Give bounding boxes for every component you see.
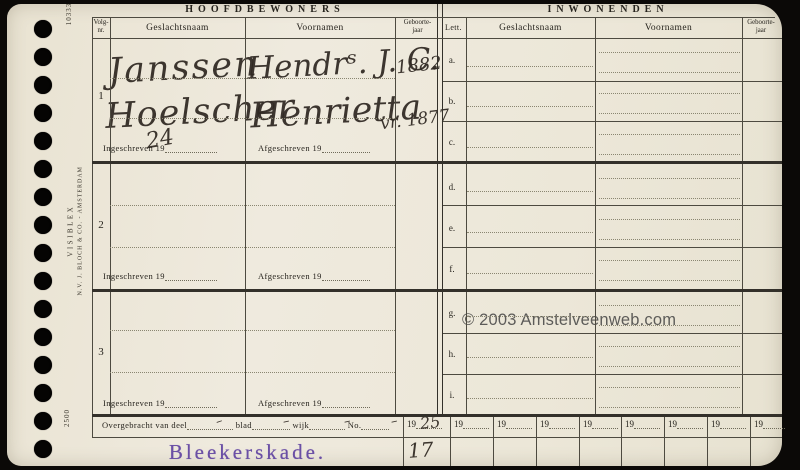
rule-line	[599, 239, 740, 240]
stub-brand-name: VISIBLEX	[65, 156, 76, 306]
rule-line	[599, 219, 740, 220]
letter-row-f: f.	[444, 264, 460, 274]
punch-hole	[34, 132, 52, 150]
punch-hole	[34, 440, 52, 458]
rule-line	[443, 121, 782, 122]
rule-line	[599, 52, 740, 53]
rule-line	[599, 93, 740, 94]
column-header-geslachtsnaam-right: Geslachtsnaam	[466, 23, 595, 33]
rule-line	[110, 17, 111, 415]
rule-line	[245, 17, 246, 415]
punch-hole	[34, 104, 52, 122]
year-cell: 19	[668, 419, 703, 429]
letter-row-c: c.	[444, 137, 460, 147]
year-cell: 19	[540, 419, 575, 429]
rule-line	[467, 232, 593, 233]
punch-hole	[34, 48, 52, 66]
rule-line	[443, 205, 782, 206]
column-header-geboortejaar-right: Geboorte- jaar	[740, 19, 782, 35]
punch-hole	[34, 356, 52, 374]
year-cell: 19	[625, 419, 660, 429]
punch-hole	[34, 300, 52, 318]
row-number-3: 3	[92, 346, 110, 358]
rule-line	[599, 260, 740, 261]
stub-bottom-number: 2500	[63, 398, 71, 438]
punch-hole	[34, 272, 52, 290]
column-header-voornamen-right: Voornamen	[595, 23, 742, 33]
rule-line	[595, 17, 596, 415]
rule-line	[579, 415, 580, 466]
year-cell: 19	[711, 419, 746, 429]
photo-background: 10333 VISIBLEX N.V. J. BLOCH & CO. - AMS…	[0, 0, 800, 470]
punch-hole	[34, 412, 52, 430]
rule-line	[443, 81, 782, 82]
ingeschreven-label-3: Ingeschreven 19	[103, 398, 217, 408]
rule-line	[599, 280, 740, 281]
rule-line	[403, 415, 404, 466]
punch-hole	[34, 384, 52, 402]
afgeschreven-label-1: Afgeschreven 19	[258, 143, 370, 153]
rule-line	[467, 147, 593, 148]
stub-top-number: 10333	[65, 0, 73, 34]
column-header-voornamen-left: Voornamen	[245, 23, 395, 33]
rule-line	[599, 178, 740, 179]
rule-line	[493, 415, 494, 466]
row-number-2: 2	[92, 219, 110, 231]
column-header-volgnr: Volg- nr.	[92, 19, 110, 35]
ingeschreven-label-1: Ingeschreven 19	[103, 143, 217, 153]
rule-line	[92, 161, 782, 164]
rule-line	[599, 72, 740, 73]
rule-line	[92, 38, 782, 39]
rule-line	[110, 78, 395, 79]
punch-hole	[34, 328, 52, 346]
year-cell: 19	[583, 419, 618, 429]
half-divider-line	[437, 4, 443, 415]
rule-line	[443, 374, 782, 375]
rule-line	[443, 247, 782, 248]
year-cell: 19	[497, 419, 532, 429]
rule-line	[110, 118, 395, 119]
rule-line	[92, 289, 782, 292]
rule-line	[599, 366, 740, 367]
letter-row-h: h.	[444, 349, 460, 359]
rule-line	[467, 398, 593, 399]
afgeschreven-label-2: Afgeschreven 19	[258, 271, 370, 281]
rule-line	[467, 316, 593, 317]
rule-line	[110, 372, 395, 373]
rule-line	[395, 17, 396, 415]
section-title-inwonenden: INWONENDEN	[443, 4, 773, 15]
rule-line	[599, 407, 740, 408]
punch-hole	[34, 244, 52, 262]
section-title-hoofdbewoners: HOOFDBEWONERS	[92, 4, 438, 15]
column-header-lett: Lett.	[441, 23, 466, 32]
rule-line	[599, 198, 740, 199]
rule-line	[742, 17, 743, 415]
rule-line	[92, 17, 93, 437]
rule-line	[599, 387, 740, 388]
punch-hole	[34, 160, 52, 178]
stub-brand: VISIBLEX N.V. J. BLOCH & CO. - AMSTERDAM	[65, 156, 85, 306]
rule-line	[466, 17, 467, 415]
letter-row-b: b.	[444, 96, 460, 106]
rule-line	[92, 437, 782, 438]
rule-line	[110, 205, 395, 206]
watermark-copyright: © 2003 Amstelveenweb.com	[462, 311, 676, 330]
column-header-geslachtsnaam-left: Geslachtsnaam	[110, 23, 245, 33]
afgeschreven-label-3: Afgeschreven 19	[258, 398, 370, 408]
letter-row-g: g.	[444, 308, 460, 318]
rule-line	[110, 330, 395, 331]
rule-line	[599, 305, 740, 306]
punch-hole	[34, 20, 52, 38]
column-header-geboortejaar-left: Geboorte- jaar	[395, 19, 440, 35]
rule-line	[599, 134, 740, 135]
rule-line	[92, 414, 782, 417]
rule-line	[92, 17, 775, 18]
punch-hole	[34, 216, 52, 234]
rule-line	[599, 113, 740, 114]
rule-line	[750, 415, 751, 466]
punch-hole	[34, 188, 52, 206]
year-cell: 19	[454, 419, 489, 429]
rule-line	[450, 415, 451, 466]
rule-line	[536, 415, 537, 466]
rule-line	[467, 273, 593, 274]
rule-line	[467, 357, 593, 358]
rule-line	[443, 333, 782, 334]
letter-row-e: e.	[444, 223, 460, 233]
ingeschreven-label-2: Ingeschreven 19	[103, 271, 217, 281]
rule-line	[467, 106, 593, 107]
letter-row-a: a.	[444, 55, 460, 65]
rule-line	[467, 191, 593, 192]
letter-row-d: d.	[444, 182, 460, 192]
handwritten-surname-1: Janssen	[107, 44, 260, 92]
letter-row-i: i.	[444, 390, 460, 400]
rule-line	[599, 325, 740, 326]
year-cell: 19	[754, 419, 785, 429]
street-name-stamp: Bleekerskade.	[92, 440, 403, 465]
rule-line	[664, 415, 665, 466]
handwritten-house-number: 17	[407, 437, 434, 463]
rule-line	[599, 346, 740, 347]
rule-line	[110, 247, 395, 248]
stub-brand-company: N.V. J. BLOCH & CO. - AMSTERDAM	[76, 156, 85, 306]
rule-line	[467, 66, 593, 67]
rule-line	[707, 415, 708, 466]
rule-line	[621, 415, 622, 466]
punch-hole	[34, 76, 52, 94]
rule-line	[599, 154, 740, 155]
